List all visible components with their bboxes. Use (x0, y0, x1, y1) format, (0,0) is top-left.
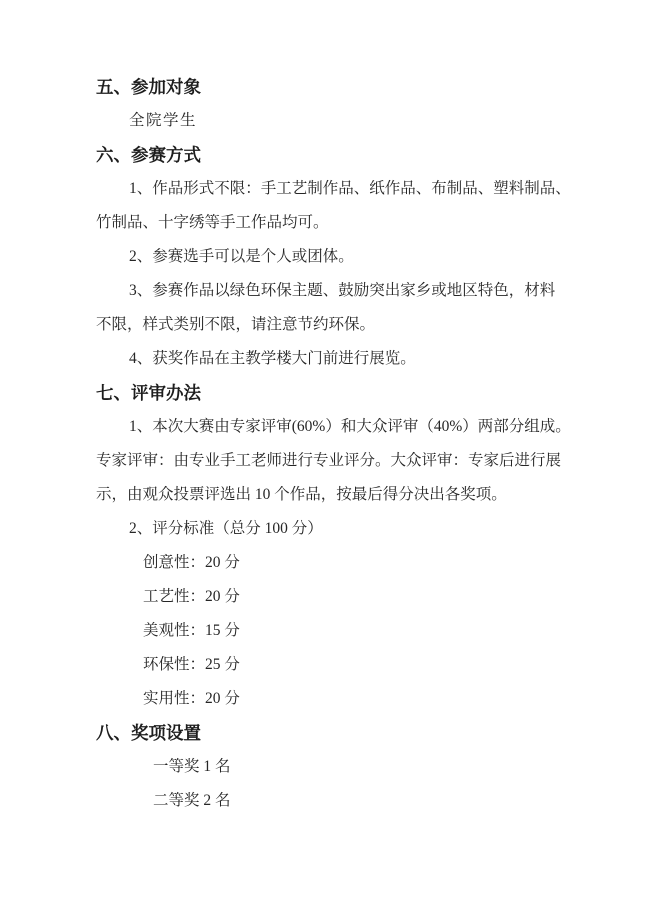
score-item-creativity: 创意性：20 分 (96, 546, 558, 580)
section-heading-entry-method: 六、参赛方式 (96, 138, 558, 172)
section-heading-awards: 八、奖项设置 (96, 716, 558, 750)
award-item-first-prize: 一等奖 1 名 (96, 750, 558, 784)
paragraph-line: 2、评分标准（总分 100 分） (96, 512, 558, 546)
paragraph-line: 不限，样式类别不限，请注意节约环保。 (96, 308, 558, 342)
score-item-practicality: 实用性：20 分 (96, 682, 558, 716)
section-heading-participants: 五、参加对象 (96, 70, 558, 104)
paragraph-line: 1、本次大赛由专家评审(60%）和大众评审（40%）两部分组成。 (96, 410, 558, 444)
paragraph-line: 3、参赛作品以绿色环保主题、鼓励突出家乡或地区特色，材料 (96, 274, 558, 308)
score-item-eco-friendliness: 环保性：25 分 (96, 648, 558, 682)
score-item-aesthetics: 美观性：15 分 (96, 614, 558, 648)
paragraph-line: 全院学生 (96, 104, 558, 138)
section-heading-judging: 七、评审办法 (96, 376, 558, 410)
paragraph-line: 竹制品、十字绣等手工作品均可。 (96, 206, 558, 240)
score-item-craftsmanship: 工艺性：20 分 (96, 580, 558, 614)
paragraph-line: 示，由观众投票评选出 10 个作品，按最后得分决出各奖项。 (96, 478, 558, 512)
document-page: 五、参加对象 全院学生 六、参赛方式 1、作品形式不限：手工艺制作品、纸作品、布… (0, 0, 651, 920)
paragraph-line: 1、作品形式不限：手工艺制作品、纸作品、布制品、塑料制品、 (96, 172, 558, 206)
paragraph-line: 4、获奖作品在主教学楼大门前进行展览。 (96, 342, 558, 376)
paragraph-line: 2、参赛选手可以是个人或团体。 (96, 240, 558, 274)
award-item-second-prize: 二等奖 2 名 (96, 784, 558, 818)
paragraph-line: 专家评审：由专业手工老师进行专业评分。大众评审：专家后进行展 (96, 444, 558, 478)
